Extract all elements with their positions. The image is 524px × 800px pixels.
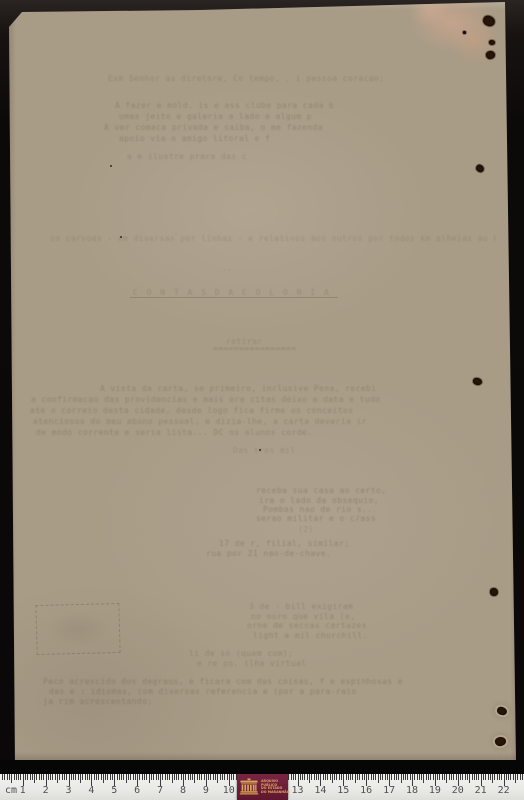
ruler-tick	[352, 774, 353, 780]
ruler-tick	[167, 774, 168, 780]
ruler-tick	[332, 774, 333, 783]
ruler-tick	[391, 774, 392, 780]
ruler-tick	[188, 774, 189, 780]
ruler-tick	[444, 774, 445, 780]
ruler-tick	[190, 774, 191, 780]
ruler-tick	[117, 774, 118, 780]
ruler-tick	[442, 774, 443, 780]
ruler-number: 4	[88, 785, 94, 796]
ruler-tick	[382, 774, 383, 780]
ruler-tick	[467, 774, 468, 780]
paper-grain-texture	[0, 0, 524, 770]
ruler-tick	[304, 774, 305, 780]
ruler-tick	[121, 774, 122, 780]
ruler-tick	[346, 774, 347, 780]
ruler-tick	[194, 774, 195, 783]
ruler-tick	[32, 774, 33, 780]
ruler-tick	[18, 774, 19, 780]
ruler-tick	[119, 774, 120, 780]
ruler-tick	[510, 774, 511, 780]
ruler-tick	[135, 774, 136, 780]
ruler-number: 10	[223, 785, 235, 796]
ruler-tick	[101, 774, 102, 780]
ruler-number: 16	[360, 785, 372, 796]
ruler-tick	[25, 774, 26, 780]
ruler-tick	[522, 774, 523, 780]
ruler-tick	[112, 774, 113, 780]
ruler-tick	[513, 774, 514, 780]
ruler-tick	[302, 774, 303, 780]
ruler-tick	[355, 774, 356, 783]
archive-name-line: DO MARANHÃO	[261, 791, 290, 795]
ruler-tick	[446, 774, 447, 783]
ruler-tick	[401, 774, 402, 783]
ruler-tick	[27, 774, 28, 780]
ruler-tick	[323, 774, 324, 780]
ruler-tick	[288, 774, 289, 780]
ruler-tick	[165, 774, 166, 780]
ruler-tick	[405, 774, 406, 780]
ruler-tick	[433, 774, 434, 780]
document-page: Exm Senhor as diretore, Co tempo, . i pe…	[0, 0, 524, 770]
ruler-tick	[499, 774, 500, 780]
ruler-tick	[227, 774, 228, 780]
ruler-number: 18	[406, 785, 418, 796]
ruler-tick	[456, 774, 457, 780]
ruler-tick	[213, 774, 214, 780]
ruler-tick	[36, 774, 37, 780]
ruler-tick	[149, 774, 150, 783]
ruler-tick	[462, 774, 463, 780]
ruler-tick	[201, 774, 202, 780]
ruler-tick	[439, 774, 440, 780]
ruler-tick	[396, 774, 397, 780]
ruler-tick	[426, 774, 427, 780]
ruler-tick	[39, 774, 40, 780]
ruler-tick	[30, 774, 31, 780]
ruler-tick	[128, 774, 129, 780]
ruler-tick	[430, 774, 431, 780]
ruler-tick	[14, 774, 15, 780]
ruler-tick	[144, 774, 145, 780]
ruler-tick	[146, 774, 147, 780]
ruler-tick	[368, 774, 369, 780]
ruler-tick	[208, 774, 209, 780]
ruler-number: 15	[337, 785, 349, 796]
ruler-number: 6	[134, 785, 140, 796]
ruler-tick	[362, 774, 363, 780]
ruler-tick	[506, 774, 507, 780]
ruler-number: 20	[452, 785, 464, 796]
ruler-tick	[2, 774, 3, 780]
ruler-tick	[16, 774, 17, 780]
ruler-tick	[85, 774, 86, 780]
ruler-number: 14	[314, 785, 326, 796]
ruler-number: 7	[157, 785, 163, 796]
ruler-tick	[98, 774, 99, 780]
archive-logo-plaque: ARQUIVO PÚBLICO DO ESTADO DO MARANHÃO	[237, 774, 288, 800]
worm-hole	[489, 40, 495, 45]
ruler-tick	[96, 774, 97, 780]
ruler-tick	[82, 774, 83, 780]
ruler-tick	[398, 774, 399, 780]
worm-hole	[490, 588, 498, 596]
ruler-tick	[87, 774, 88, 780]
ruler-number: 3	[65, 785, 71, 796]
ruler-number: 22	[498, 785, 510, 796]
ruler-tick	[497, 774, 498, 780]
ruler-tick	[293, 774, 294, 780]
ruler-tick	[34, 774, 35, 783]
ruler-tick	[501, 774, 502, 780]
ruler-tick	[314, 774, 315, 780]
ruler-tick	[437, 774, 438, 780]
ruler-tick	[373, 774, 374, 780]
ruler-tick	[224, 774, 225, 780]
archive-building-icon	[239, 778, 259, 796]
ruler-number: 19	[429, 785, 441, 796]
ruler-tick	[181, 774, 182, 780]
ink-speck	[110, 165, 112, 167]
ruler-tick	[231, 774, 232, 780]
ruler-tick	[73, 774, 74, 780]
ruler-tick	[89, 774, 90, 780]
ink-speck	[259, 449, 261, 451]
ruler-number: 2	[43, 785, 49, 796]
ruler-tick	[410, 774, 411, 780]
archive-name-text: ARQUIVO PÚBLICO DO ESTADO DO MARANHÃO	[261, 780, 290, 794]
ruler-tick	[11, 774, 12, 783]
ruler-number: 17	[383, 785, 395, 796]
ruler-tick	[517, 774, 518, 780]
ruler-tick	[7, 774, 8, 780]
ruler-tick	[387, 774, 388, 780]
ruler-number: 8	[180, 785, 186, 796]
ruler-tick	[105, 774, 106, 780]
ruler-tick	[139, 774, 140, 780]
ruler-tick	[222, 774, 223, 780]
ruler-tick	[197, 774, 198, 780]
ruler-tick	[66, 774, 67, 780]
ruler-tick	[176, 774, 177, 780]
ruler-tick	[375, 774, 376, 780]
ruler-tick	[385, 774, 386, 780]
ruler-tick	[483, 774, 484, 780]
ruler-tick	[380, 774, 381, 780]
ruler-tick	[428, 774, 429, 780]
ruler-tick	[451, 774, 452, 780]
ruler-tick	[419, 774, 420, 780]
ruler-tick	[371, 774, 372, 780]
ruler-tick	[80, 774, 81, 783]
ruler-tick	[55, 774, 56, 780]
ruler-tick	[327, 774, 328, 780]
ruler-tick	[192, 774, 193, 780]
ruler-tick	[421, 774, 422, 780]
ruler-tick	[123, 774, 124, 780]
ruler-tick	[465, 774, 466, 780]
ruler-tick	[169, 774, 170, 780]
ruler-tick	[407, 774, 408, 780]
ruler-tick	[490, 774, 491, 780]
ruler-tick	[64, 774, 65, 780]
ruler-tick	[75, 774, 76, 780]
ruler-tick	[174, 774, 175, 780]
ruler-tick	[52, 774, 53, 780]
ruler-tick	[414, 774, 415, 780]
ruler-tick	[43, 774, 44, 780]
ruler-tick	[151, 774, 152, 780]
ruler-tick	[488, 774, 489, 780]
ruler-tick	[94, 774, 95, 780]
black-gap-band	[0, 760, 524, 775]
ruler-tick	[300, 774, 301, 780]
ruler-tick	[492, 774, 493, 783]
ruler-tick	[394, 774, 395, 780]
ruler-tick	[309, 774, 310, 783]
ruler-tick	[57, 774, 58, 783]
ruler-tick	[185, 774, 186, 780]
ruler-tick	[130, 774, 131, 780]
ruler-tick	[59, 774, 60, 780]
ruler-tick	[204, 774, 205, 780]
ruler-number: 9	[203, 785, 209, 796]
ruler-tick	[508, 774, 509, 780]
ruler-tick	[78, 774, 79, 780]
ruler-tick	[210, 774, 211, 780]
ruler-tick	[142, 774, 143, 780]
ruler-tick	[103, 774, 104, 783]
ruler-tick	[107, 774, 108, 780]
ruler-tick	[403, 774, 404, 780]
ruler-tick	[469, 774, 470, 783]
ruler-tick	[62, 774, 63, 780]
ruler-tick	[199, 774, 200, 780]
ruler-tick	[478, 774, 479, 780]
ruler-tick	[41, 774, 42, 780]
scanned-document-photo: Exm Senhor as diretore, Co tempo, . i pe…	[0, 0, 524, 800]
ruler-tick	[307, 774, 308, 780]
ruler-tick	[460, 774, 461, 780]
ruler-tick	[126, 774, 127, 783]
worm-hole	[463, 31, 466, 34]
ruler-tick	[48, 774, 49, 780]
ruler-tick	[172, 774, 173, 783]
ruler-tick	[156, 774, 157, 780]
ruler-tick	[520, 774, 521, 780]
ruler-tick	[330, 774, 331, 780]
ruler-unit-label: cm	[5, 785, 17, 796]
ruler-tick	[341, 774, 342, 780]
ruler-tick	[50, 774, 51, 780]
ruler-tick	[453, 774, 454, 780]
ruler-tick	[476, 774, 477, 780]
ruler-tick	[291, 774, 292, 780]
ruler-tick	[336, 774, 337, 780]
ruler-tick	[494, 774, 495, 780]
ruler-tick	[110, 774, 111, 780]
ruler-tick	[4, 774, 5, 780]
ruler-tick	[133, 774, 134, 780]
ruler-tick	[350, 774, 351, 780]
ruler-number: 21	[475, 785, 487, 796]
ruler-tick	[158, 774, 159, 780]
ruler-tick	[162, 774, 163, 780]
ruler-tick	[339, 774, 340, 780]
ruler-tick	[217, 774, 218, 783]
ruler-tick	[378, 774, 379, 783]
ruler-tick	[449, 774, 450, 780]
ruler-tick	[485, 774, 486, 780]
ruler-tick	[220, 774, 221, 780]
ruler-tick	[359, 774, 360, 780]
ruler-tick	[153, 774, 154, 780]
ruler-tick	[423, 774, 424, 783]
ruler-number: 5	[111, 785, 117, 796]
ruler-tick	[417, 774, 418, 780]
ruler-tick	[233, 774, 234, 780]
ruler-tick	[325, 774, 326, 780]
ruler-tick	[20, 774, 21, 780]
ruler-tick	[316, 774, 317, 780]
ruler-tick	[364, 774, 365, 780]
ruler-tick	[215, 774, 216, 780]
ruler-tick	[318, 774, 319, 780]
ruler-tick	[348, 774, 349, 780]
ruler-tick	[472, 774, 473, 780]
ruler-tick	[357, 774, 358, 780]
ruler-tick	[515, 774, 516, 783]
ruler-tick	[334, 774, 335, 780]
ruler-tick	[295, 774, 296, 780]
ruler-number: 1	[20, 785, 26, 796]
ink-speck	[120, 236, 122, 238]
ruler-number: 13	[291, 785, 303, 796]
ruler-tick	[474, 774, 475, 780]
ruler-tick	[9, 774, 10, 780]
ruler-tick	[311, 774, 312, 780]
ruler-tick	[178, 774, 179, 780]
ruler-tick	[71, 774, 72, 780]
